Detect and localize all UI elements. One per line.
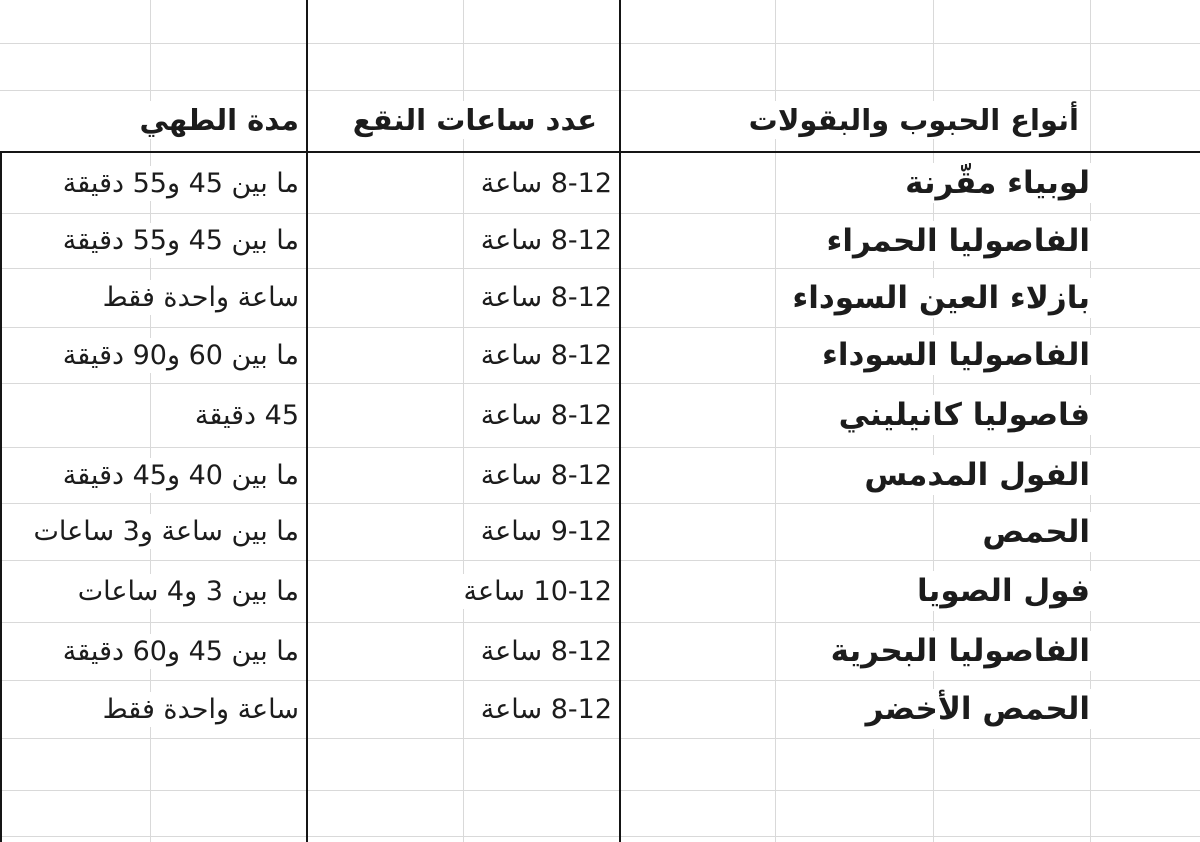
cook-text: 45 دقيقة bbox=[192, 398, 302, 433]
column-border bbox=[306, 0, 308, 842]
soak-text: 10-12 ساعة bbox=[461, 574, 616, 609]
cell-cook-6[interactable]: ما بين 40 و45 دقيقة bbox=[60, 447, 302, 503]
cook-text: ما بين 60 و90 دقيقة bbox=[60, 338, 302, 373]
type-text: بازلاء العين السوداء bbox=[789, 278, 1093, 318]
cell-soak-4[interactable]: 8-12 ساعة bbox=[478, 327, 615, 383]
soak-text: 8-12 ساعة bbox=[478, 338, 615, 373]
header-cook[interactable]: مدة الطهي bbox=[137, 89, 303, 151]
cell-cook-5[interactable]: 45 دقيقة bbox=[192, 383, 302, 447]
type-text: الفاصوليا البحرية bbox=[828, 631, 1093, 671]
soak-text: 8-12 ساعة bbox=[478, 166, 615, 201]
cell-type-8[interactable]: فول الصويا bbox=[914, 560, 1093, 622]
cell-cook-3[interactable]: ساعة واحدة فقط bbox=[100, 268, 302, 327]
gridline bbox=[0, 43, 1200, 44]
cell-type-9[interactable]: الفاصوليا البحرية bbox=[828, 622, 1093, 680]
table-left-border bbox=[0, 151, 2, 842]
cell-cook-4[interactable]: ما بين 60 و90 دقيقة bbox=[60, 327, 302, 383]
soak-text: 9-12 ساعة bbox=[478, 514, 615, 549]
soak-text: 8-12 ساعة bbox=[478, 634, 615, 669]
soak-text: 8-12 ساعة bbox=[478, 398, 615, 433]
type-text: الفاصوليا السوداء bbox=[819, 335, 1093, 375]
soak-text: 8-12 ساعة bbox=[478, 692, 615, 727]
cell-soak-8[interactable]: 10-12 ساعة bbox=[461, 560, 616, 622]
type-text: لوبياء مقّرنة bbox=[902, 163, 1093, 203]
header-types[interactable]: أنواع الحبوب والبقولات bbox=[746, 89, 1082, 151]
type-text: الفاصوليا الحمراء bbox=[824, 221, 1094, 261]
soak-text: 8-12 ساعة bbox=[478, 458, 615, 493]
header-bottom-border bbox=[0, 151, 1200, 153]
header-cook-label: مدة الطهي bbox=[137, 101, 303, 139]
soak-text: 8-12 ساعة bbox=[478, 280, 615, 315]
cook-text: ما بين 45 و60 دقيقة bbox=[60, 634, 302, 669]
cook-text: ساعة واحدة فقط bbox=[100, 692, 302, 727]
spreadsheet: أنواع الحبوب والبقولات عدد ساعات النقع م… bbox=[0, 0, 1200, 842]
type-text: الفول المدمس bbox=[861, 455, 1093, 495]
cell-soak-2[interactable]: 8-12 ساعة bbox=[478, 213, 615, 268]
cell-soak-3[interactable]: 8-12 ساعة bbox=[478, 268, 615, 327]
cell-cook-7[interactable]: ما بين ساعة و3 ساعات bbox=[30, 503, 302, 560]
cell-soak-5[interactable]: 8-12 ساعة bbox=[478, 383, 615, 447]
cell-cook-9[interactable]: ما بين 45 و60 دقيقة bbox=[60, 622, 302, 680]
cell-soak-1[interactable]: 8-12 ساعة bbox=[478, 153, 615, 213]
cook-text: ما بين ساعة و3 ساعات bbox=[30, 514, 302, 549]
gridline bbox=[0, 738, 1200, 739]
cell-type-5[interactable]: فاصوليا كانيليني bbox=[836, 383, 1093, 447]
header-soak-label: عدد ساعات النقع bbox=[350, 101, 600, 139]
header-soak[interactable]: عدد ساعات النقع bbox=[350, 89, 600, 151]
cell-type-1[interactable]: لوبياء مقّرنة bbox=[902, 153, 1093, 213]
type-text: فاصوليا كانيليني bbox=[836, 395, 1093, 435]
cook-text: ما بين 45 و55 دقيقة bbox=[60, 166, 302, 201]
cell-cook-2[interactable]: ما بين 45 و55 دقيقة bbox=[60, 213, 302, 268]
cell-type-6[interactable]: الفول المدمس bbox=[861, 447, 1093, 503]
cell-soak-6[interactable]: 8-12 ساعة bbox=[478, 447, 615, 503]
cook-text: ما بين 3 و4 ساعات bbox=[75, 574, 302, 609]
cell-cook-1[interactable]: ما بين 45 و55 دقيقة bbox=[60, 153, 302, 213]
type-text: الحمص bbox=[979, 512, 1093, 552]
cell-soak-10[interactable]: 8-12 ساعة bbox=[478, 680, 615, 738]
soak-text: 8-12 ساعة bbox=[478, 223, 615, 258]
column-border bbox=[619, 0, 621, 842]
cell-cook-8[interactable]: ما بين 3 و4 ساعات bbox=[75, 560, 302, 622]
header-types-label: أنواع الحبوب والبقولات bbox=[746, 101, 1082, 139]
cell-type-10[interactable]: الحمص الأخضر bbox=[863, 680, 1093, 738]
gridline bbox=[0, 790, 1200, 791]
cell-type-7[interactable]: الحمص bbox=[979, 503, 1093, 560]
cook-text: ما بين 40 و45 دقيقة bbox=[60, 458, 302, 493]
cook-text: ساعة واحدة فقط bbox=[100, 280, 302, 315]
cell-soak-9[interactable]: 8-12 ساعة bbox=[478, 622, 615, 680]
cell-type-4[interactable]: الفاصوليا السوداء bbox=[819, 327, 1093, 383]
type-text: الحمص الأخضر bbox=[863, 689, 1093, 729]
cell-type-2[interactable]: الفاصوليا الحمراء bbox=[824, 213, 1094, 268]
cook-text: ما بين 45 و55 دقيقة bbox=[60, 223, 302, 258]
cell-cook-10[interactable]: ساعة واحدة فقط bbox=[100, 680, 302, 738]
cell-soak-7[interactable]: 9-12 ساعة bbox=[478, 503, 615, 560]
cell-type-3[interactable]: بازلاء العين السوداء bbox=[789, 268, 1093, 327]
gridline bbox=[0, 836, 1200, 837]
type-text: فول الصويا bbox=[914, 571, 1093, 611]
